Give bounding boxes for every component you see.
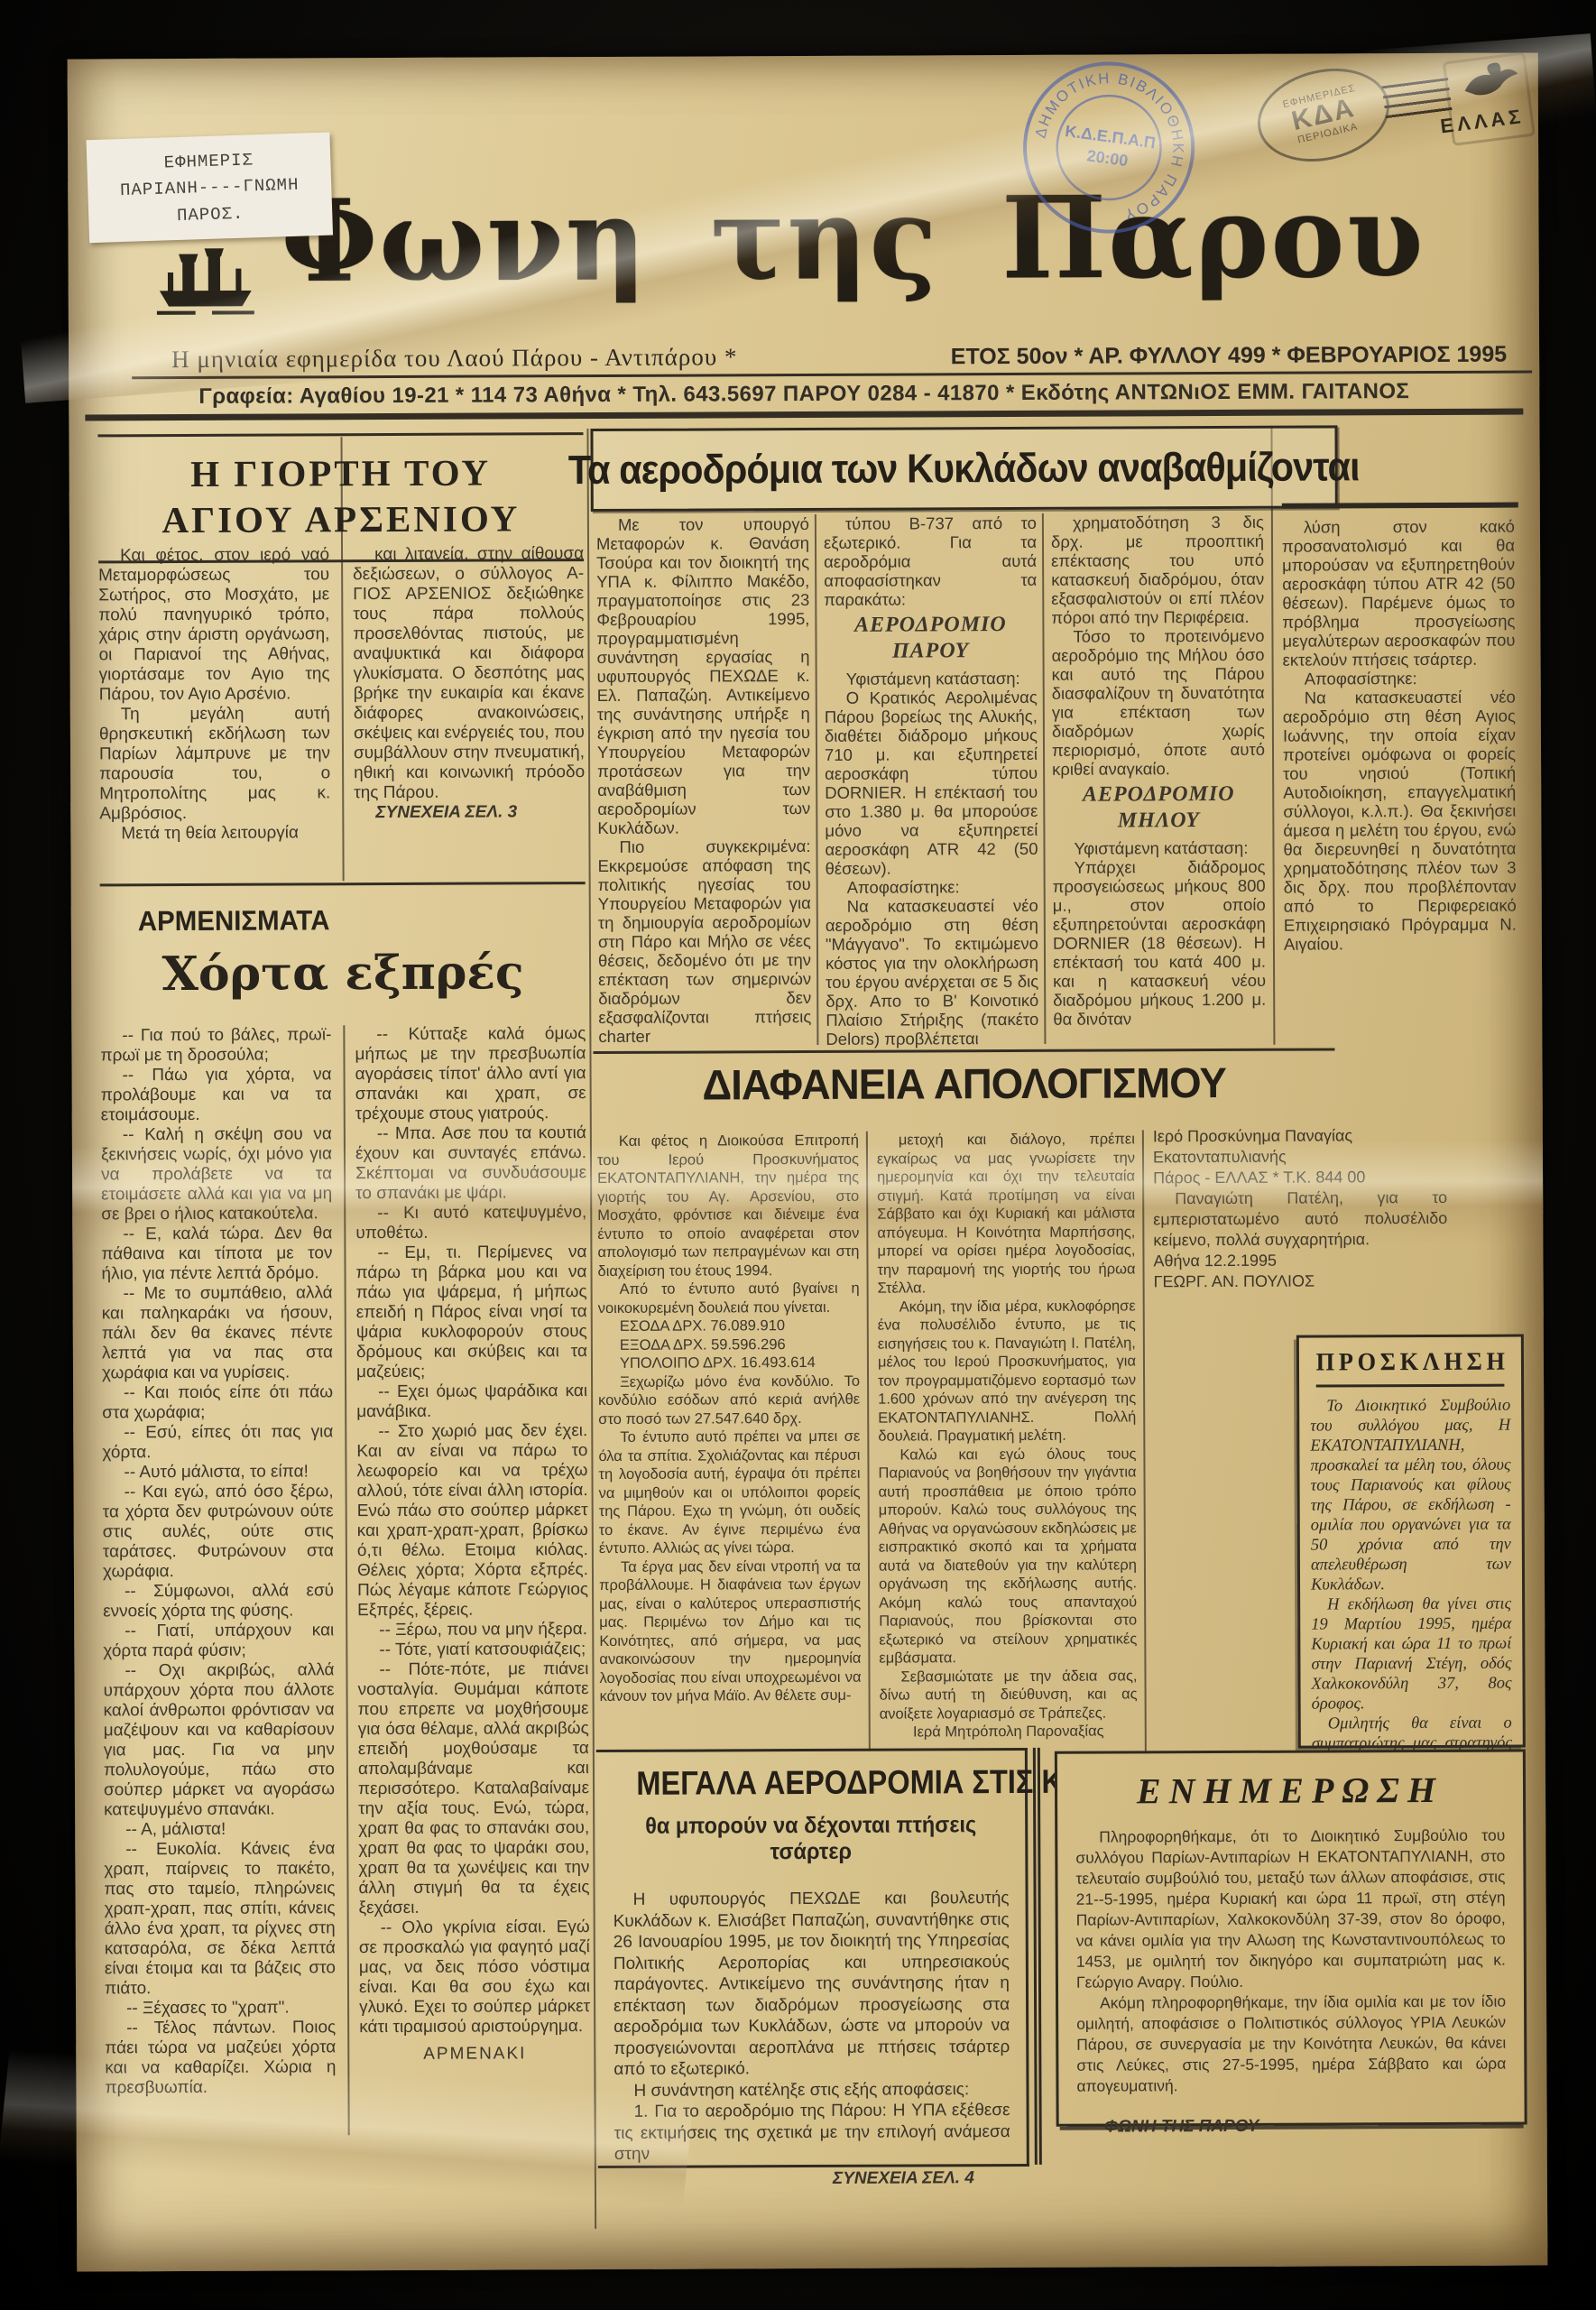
newspaper-title: Φωνη της Παρου xyxy=(168,174,1538,304)
paragraph: Καλώ και εγώ όλους τους Παριανούς να βοη… xyxy=(878,1445,1137,1668)
paragraph: ΣΥΝΕΧΕΙΑ ΣΕΛ. 4 xyxy=(614,2167,1010,2190)
scanned-newspaper-page: { "page": {"paper_color": "#d9c793", "in… xyxy=(0,0,1596,2310)
paragraph: Πάρος - ΕΛΛΑΣ * Τ.Κ. 844 00 xyxy=(1153,1167,1447,1188)
article-xorta-title: Χόρτα εξπρές xyxy=(100,945,586,1002)
paragraph: -- Μπα. Ασε που τα κουτιά έχουν και συντ… xyxy=(355,1123,586,1204)
giorti-column-1: Και φέτος, στον ιερό ναό Μεταμορφώσεως τ… xyxy=(98,545,330,844)
paragraph: -- Ξέρω, που να μην ήξερα. xyxy=(357,1620,588,1640)
paragraph: μετοχή και διάλογο, πρέπει εγκαίρως να μ… xyxy=(877,1130,1136,1298)
paragraph: χρηματοδότηση 3 δις δρχ. με προοπτική επ… xyxy=(1051,513,1265,627)
paragraph: -- Ευκολία. Κάνεις ένα χραπ, παίρνεις το… xyxy=(104,1839,336,1999)
paragraph: ΕΞΟΔΑ ΔΡΧ. 59.596.296 xyxy=(598,1335,860,1354)
masthead-rule-thick xyxy=(85,409,1523,421)
paragraph: -- Α, μάλιστα! xyxy=(104,1819,335,1840)
paragraph: ΣΥΝΕΧΕΙΑ ΣΕΛ. 3 xyxy=(354,802,585,823)
paragraph: ΜΗΛΟΥ xyxy=(1052,808,1265,834)
xorta-column-1: -- Για πού το βάλες, πρωϊ-πρωϊ με τη δρο… xyxy=(100,1025,336,2098)
diafaneia-column-3: Ιερό Προσκύνημα Παναγίας Εκατονταπυλιανή… xyxy=(1153,1125,1448,1292)
paragraph: Μετά τη θεία λειτουργία xyxy=(99,823,330,844)
article-airports-headline-box: Τα αεροδρόμια των Κυκλάδων αναβαθμίζοντα… xyxy=(590,425,1337,512)
paragraph: ΑΡΜΕΝΑΚΙ xyxy=(359,2044,590,2065)
paragraph: -- Τότε, γιατί κατσουφιάζεις; xyxy=(357,1640,588,1660)
paragraph: -- Ολο γκρίνια είσαι. Εγώ σε προσκαλώ γι… xyxy=(359,1917,591,2037)
enimerosi-title: ΕΝΗΜΕΡΩΣΗ xyxy=(1075,1769,1505,1813)
section-rule xyxy=(593,1048,1334,1054)
paragraph: Αποφασίστηκε: xyxy=(826,877,1038,897)
paragraph: -- Στο χωριό μας δεν έχει. Και αν είναι … xyxy=(356,1421,588,1621)
paragraph: λύση στον κακό προσανατολισμό και θα μπο… xyxy=(1282,517,1516,670)
invitation-title: ΠΡΟΣΚΛΗΣΗ xyxy=(1316,1348,1505,1388)
paragraph: Ξεχωρίζω μόνο ένα κονδύλιο. Το κονδύλιο … xyxy=(598,1372,860,1428)
paragraph: Η υφυπουργός ΠΕΧΩΔΕ και βουλευτής Κυκλάδ… xyxy=(613,1888,1010,2080)
paragraph: Και φέτος η Διοικούσα Επιτροπή του Ιερού… xyxy=(597,1132,860,1280)
paragraph: -- Αυτό μάλιστα, το είπα! xyxy=(102,1462,333,1483)
paragraph: -- Κι αυτό κατεψυγμένο, υποθέτω. xyxy=(355,1203,586,1243)
right-column-top-rule xyxy=(1282,503,1518,509)
paragraph: Αθήνα 12.2.1995 xyxy=(1153,1250,1447,1271)
paragraph: -- Εσύ, είπες ότι πας για χόρτα. xyxy=(102,1422,333,1463)
column-divider xyxy=(343,1025,349,2135)
kda-oval-stamp: ΕΦΗΜΕΡΙΔΕΣ ΚΔΑ ΠΕΡΙΟΔΙΚΑ xyxy=(1248,56,1398,174)
giorti-title-line2: ΑΓΙΟΥ ΑΡΣΕΝΙΟΥ xyxy=(98,495,584,544)
paragraph: Και φέτος, στον ιερό ναό Μεταμορφώσεως τ… xyxy=(98,545,330,705)
enimerosi-body-1: Πληροφορηθήκαμε, ότι το Διοικητικό Συμβο… xyxy=(1075,1825,1506,1993)
paragraph: Με τον υπουργό Μεταφορών κ. Θανάση Τσούρ… xyxy=(596,514,811,837)
paragraph: -- Πάω για χόρτα, να προλάβουμε και να τ… xyxy=(101,1065,332,1125)
paragraph: -- Πότε-πότε, με πιάνει νοσταλγία. Θυμάμ… xyxy=(357,1659,589,1918)
column-divider xyxy=(815,514,819,1045)
megala-title: ΜΕΓΑΛΑ ΑΕΡΟΔΡΟΜΙΑ ΣΤΙΣ ΚΥΚΛΑΔΕΣ xyxy=(636,1763,984,1803)
paragraph: -- Εχει όμως ψαράδικα και μανάβικα. xyxy=(356,1381,587,1422)
paragraph: Ιερό Προσκύνημα Παναγίας Εκατονταπυλιανή… xyxy=(1153,1125,1447,1168)
section-rule xyxy=(100,882,586,886)
paragraph: -- Κύτταξε καλά όμως μήπως με την πρεσβυ… xyxy=(355,1024,586,1124)
paragraph: και λιτανεία, στην αίθουσα δεξιώσεων, ο … xyxy=(353,544,585,803)
paragraph: -- Και εγώ, από όσο ξέρω, τα χόρτα δεν φ… xyxy=(103,1482,334,1582)
postage-mark: ΕΛΛΑΣ xyxy=(1379,51,1539,188)
airports-column-1: Με τον υπουργό Μεταφορών κ. Θανάση Τσούρ… xyxy=(596,514,812,1046)
paragraph: ΓΕΩΡΓ. ΑΝ. ΠΟΥΛΙΟΣ xyxy=(1154,1270,1448,1292)
paragraph: Να κατασκευαστεί νέο αεροδρόμιο στη θέση… xyxy=(1283,688,1517,954)
newspaper-paper: ΕΦΗΜΕΡΙΣΠΑΡΙΑΝΗ----ΓΝΩΜΗΠΑΡΟΣ. ΔΗΜΟΤΙΚΗ … xyxy=(68,52,1548,2271)
paragraph: -- Καλή η σκέψη σου να ξεκινήσεις νωρίς,… xyxy=(101,1124,332,1224)
article-giorti-title: Η ΓΙΟΡΤΗ ΤΟΥ ΑΓΙΟΥ ΑΡΣΕΝΙΟΥ xyxy=(97,432,584,563)
paragraph: Από το έντυπο αυτό βγαίνει η νοικοκυρεμέ… xyxy=(598,1280,860,1317)
paragraph: Το έντυπο αυτό πρέπει να μπει σε όλα τα … xyxy=(598,1428,861,1558)
archive-label: ΕΦΗΜΕΡΙΣΠΑΡΙΑΝΗ----ΓΝΩΜΗΠΑΡΟΣ. xyxy=(87,133,334,244)
paragraph: Υπάρχει διάδρομος προσγειώσεως μήκους 80… xyxy=(1053,857,1267,1029)
paragraph: 1. Για το αεροδρόμιο της Πάρου: Η ΥΠΑ εξ… xyxy=(614,2100,1010,2165)
column-divider xyxy=(866,1132,871,1831)
enimerosi-signature: ΦΩΝΗ ΤΗΣ ΠΑΡΟΥ xyxy=(1077,2115,1507,2138)
masthead-subtitle-row: Η μηνιαία εφημερίδα του Λαού Πάρου - Αντ… xyxy=(141,340,1521,374)
paragraph: Παναγιώτη Πατέλη, για το εμπεριστατωμένο… xyxy=(1153,1187,1447,1251)
column-divider xyxy=(1142,1130,1147,1829)
paragraph: -- Τέλος πάντων. Ποιος πάει τώρα να μαζε… xyxy=(105,2018,336,2098)
article-diafaneia-headline: ΔΙΑΦΑΝΕΙΑ ΑΠΟΛΟΓΙΣΜΟΥ xyxy=(604,1058,1324,1110)
paragraph: Πληροφορηθήκαμε, ότι το Διοικητικό Συμβο… xyxy=(1075,1825,1506,1993)
invitation-box: ΠΡΟΣΚΛΗΣΗ Το Διοικητικό Συμβούλιο του συ… xyxy=(1296,1335,1526,1749)
office-info-line: Γραφεία: Αγαθίου 19-21 * 114 73 Αθήνα * … xyxy=(69,378,1539,410)
paragraph: Σεβασμιώτατε με την άδεια σας, δίνω αυτή… xyxy=(879,1667,1137,1723)
paragraph: Τα έργα μας δεν είναι ντροπή να τα προβά… xyxy=(599,1557,862,1705)
airports-column-2: τύπου B-737 από το εξωτερικό. Για τα αερ… xyxy=(824,513,1039,1049)
column-divider xyxy=(1270,426,1275,1045)
airports-column-3: χρηματοδότηση 3 δις δρχ. με προοπτική επ… xyxy=(1051,513,1266,1029)
paragraph: -- Σύμφωνοι, αλλά εσύ εννοείς χόρτα της … xyxy=(103,1581,334,1622)
svg-text:20:00: 20:00 xyxy=(1086,146,1130,170)
svg-text:Κ.Δ.Ε.Π.Α.Π: Κ.Δ.Ε.Π.Α.Π xyxy=(1064,122,1157,152)
giorti-title-line1: Η ΓΙΟΡΤΗ ΤΟΥ xyxy=(98,449,584,498)
paragraph: Η εκδήλωση θα γίνει στις 19 Μαρτίου 1995… xyxy=(1311,1594,1512,1714)
paragraph: -- Γιατί, υπάρχουν και χόρτα παρά φύσιν; xyxy=(103,1621,334,1661)
diafaneia-column-2: μετοχή και διάλογο, πρέπει εγκαίρως να μ… xyxy=(877,1130,1138,1822)
paragraph: -- Εμ, τι. Περίμενες να πάρω τη βάρκα μο… xyxy=(355,1243,587,1382)
paragraph: Ο Κρατικός Αερολιμένας Πάρου βορείως της… xyxy=(825,688,1038,878)
airports-column-4: λύση στον κακό προσανατολισμό και θα μπο… xyxy=(1282,517,1517,954)
paragraph: Ιερά Μητρόπολη Παροναξίας xyxy=(880,1722,1138,1742)
paragraph: -- Με το συμπάθειο, αλλά και παληκαράκι … xyxy=(102,1283,333,1383)
megala-airports-box: ΜΕΓΑΛΑ ΑΕΡΟΔΡΟΜΙΑ ΣΤΙΣ ΚΥΚΛΑΔΕΣ θα μπορο… xyxy=(596,1748,1029,2168)
enimerosi-box: ΕΝΗΜΕΡΩΣΗ Πληροφορηθήκαμε, ότι το Διοικη… xyxy=(1055,1750,1527,2127)
enimerosi-body-2: Ακόμη πληροφορηθήκαμε, την ίδια ομιλία κ… xyxy=(1076,1991,1506,2097)
paragraph: Το Διοικητικό Συμβούλιο του συλλόγου μας… xyxy=(1310,1396,1511,1595)
paragraph: ΠΑΡΟΥ xyxy=(824,639,1037,664)
section-armenismata-label: ΑΡΜΕΝΙΣΜΑΤΑ xyxy=(138,904,330,938)
paragraph: ΑΕΡΟΔΡΟΜΙΟ xyxy=(824,613,1037,638)
dove-icon xyxy=(1457,56,1525,106)
paragraph: Υφιστάμενη κατάσταση: xyxy=(825,669,1038,688)
diafaneia-column-1: Και φέτος η Διοικούσα Επιτροπή του Ιερού… xyxy=(597,1132,862,1755)
paragraph: Να κατασκευαστεί νέο αεροδρόμιο στη θέση… xyxy=(826,896,1039,1049)
ship-icon xyxy=(155,236,256,319)
paragraph: -- Για πού το βάλες, πρωϊ-πρωϊ με τη δρο… xyxy=(100,1025,331,1066)
paragraph: -- Και ποιός είπε ότι πάω στα χωράφια; xyxy=(102,1382,333,1423)
column-divider xyxy=(1042,513,1047,1044)
airports-headline: Τα αεροδρόμια των Κυκλάδων αναβαθμίζοντα… xyxy=(568,443,1360,494)
paragraph: Τόσο το προτεινόμενο αεροδρόμιο της Μήλο… xyxy=(1051,626,1265,779)
megala-subtitle: θα μπορούν να δέχονται πτήσεις τσάρτερ xyxy=(624,1812,997,1866)
paragraph: Ακόμη, την ίδια μέρα, κυκλοφόρησε ένα πο… xyxy=(878,1297,1137,1446)
paragraph: -- Οχι ακριβώς, αλλά υπάρχουν χόρτα που … xyxy=(103,1660,335,1820)
paragraph: ΥΠΟΛΟΙΠΟ ΔΡΧ. 16.493.614 xyxy=(598,1354,860,1373)
paragraph: ΕΣΟΔΑ ΔΡΧ. 76.089.910 xyxy=(598,1317,860,1336)
paragraph: -- Ε, καλά τώρα. Δεν θα πάθαινα και τίπο… xyxy=(101,1224,332,1284)
paragraph: Αποφασίστηκε: xyxy=(1283,669,1516,688)
paragraph: ΑΕΡΟΔΡΟΜΙΟ xyxy=(1052,782,1265,808)
newspaper-subtitle: Η μηνιαία εφημερίδα του Λαού Πάρου - Αντ… xyxy=(171,343,737,374)
paragraph: -- Ξέχασες το "χραπ". xyxy=(105,1998,336,2019)
paragraph: Πιο συγκεκριμένα: Εκκρεμούσε απόφαση της… xyxy=(597,836,811,1046)
paragraph: Υφιστάμενη κατάσταση: xyxy=(1052,838,1265,858)
paragraph: Η συνάντηση κατέληξε στις εξής αποφάσεις… xyxy=(613,2079,1010,2102)
paragraph: τύπου B-737 από το εξωτερικό. Για τα αερ… xyxy=(824,513,1037,609)
megala-body: Η υφυπουργός ΠΕΧΩΔΕ και βουλευτής Κυκλάδ… xyxy=(613,1888,1010,2190)
paragraph: Τη μεγάλη αυτή θρησκευτική εκδήλωση των … xyxy=(99,704,331,824)
library-round-stamp: ΔΗΜΟΤΙΚΗ ΒΙΒΛΙΟΘΗΚΗ ΠΑΡΟΥ Κ.Δ.Ε.Π.Α.Π 20… xyxy=(1009,47,1210,248)
issue-info: ΕΤΟΣ 50ον * ΑΡ. ΦΥΛΛΟΥ 499 * ΦΕΒΡΟΥΑΡΙΟΣ… xyxy=(951,342,1507,371)
giorti-column-2: και λιτανεία, στην αίθουσα δεξιώσεων, ο … xyxy=(353,544,585,823)
xorta-column-2: -- Κύτταξε καλά όμως μήπως με την πρεσβυ… xyxy=(355,1024,590,2065)
